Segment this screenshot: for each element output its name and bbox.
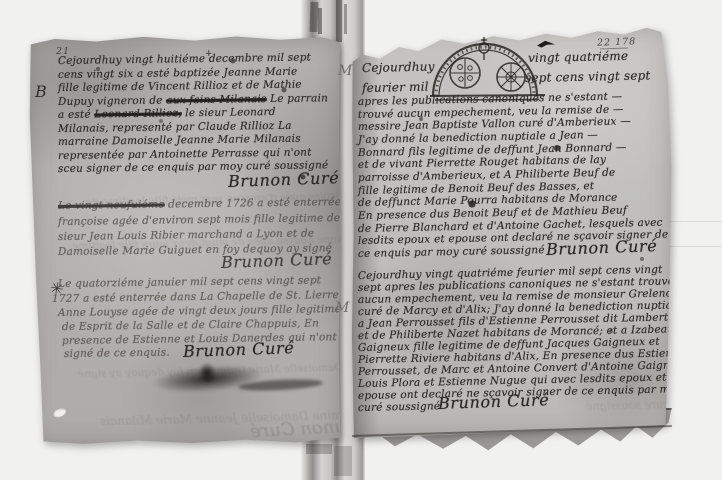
text-line: françoise agée d'environ sept mois fille… (58, 213, 340, 228)
signature: Brunon Curé (546, 238, 658, 258)
left-page-paper: 21 B + Cejourdhuy vingt huitiéme decembr… (26, 34, 344, 448)
signature: Brunon Curé (221, 251, 333, 271)
struck-text: Leonard Rillioz, (94, 107, 182, 120)
signature: Brunon Curé (438, 392, 550, 412)
bleed-through-text: curé soussigné (586, 399, 670, 412)
text-line: Le quatorziéme januier mil sept cens vin… (58, 275, 321, 290)
text-line: Dupuy vigneron de aux fains Milanais Le … (58, 93, 328, 108)
text-segment: Dupuy vigneron de (58, 94, 166, 108)
spine-edge-mark (334, 446, 352, 476)
ink-specks (0, 0, 2, 2)
text-segment: le sieur Leonard (182, 106, 276, 119)
spine-edge-mark (344, 4, 347, 34)
spine-edge-mark (318, 8, 322, 34)
left-page: 21 B + Cejourdhuy vingt huitiéme decembr… (26, 34, 344, 448)
paper-hole (51, 406, 67, 418)
text-line: signé de ce enquis. (64, 348, 170, 361)
page-number-right: 22 178 (597, 37, 637, 48)
signature: Brunon Curé (183, 340, 295, 360)
parish-register-scan: 21 B + Cejourdhuy vingt huitiéme decembr… (0, 0, 722, 480)
text-line: feurier mil (362, 81, 429, 96)
struck-text: aux fains Milanais (166, 93, 267, 106)
ink-smudge (198, 362, 216, 384)
signature: Brunon Curé (228, 170, 340, 190)
text-line: Cejourdhuy (362, 60, 435, 75)
margin-letter-b: B (35, 84, 47, 100)
text-line: ce enquis par moy curé soussigné (358, 245, 545, 260)
fiscal-stamp (427, 36, 547, 104)
text-segment: a esté (58, 108, 95, 121)
text-line: curé soussigné (358, 401, 441, 414)
text-line: a esté Leonard Rillioz, le sieur Leonard (58, 107, 276, 122)
text-segment: Le parrain (267, 92, 329, 105)
margin-letter-m: M (335, 301, 349, 315)
